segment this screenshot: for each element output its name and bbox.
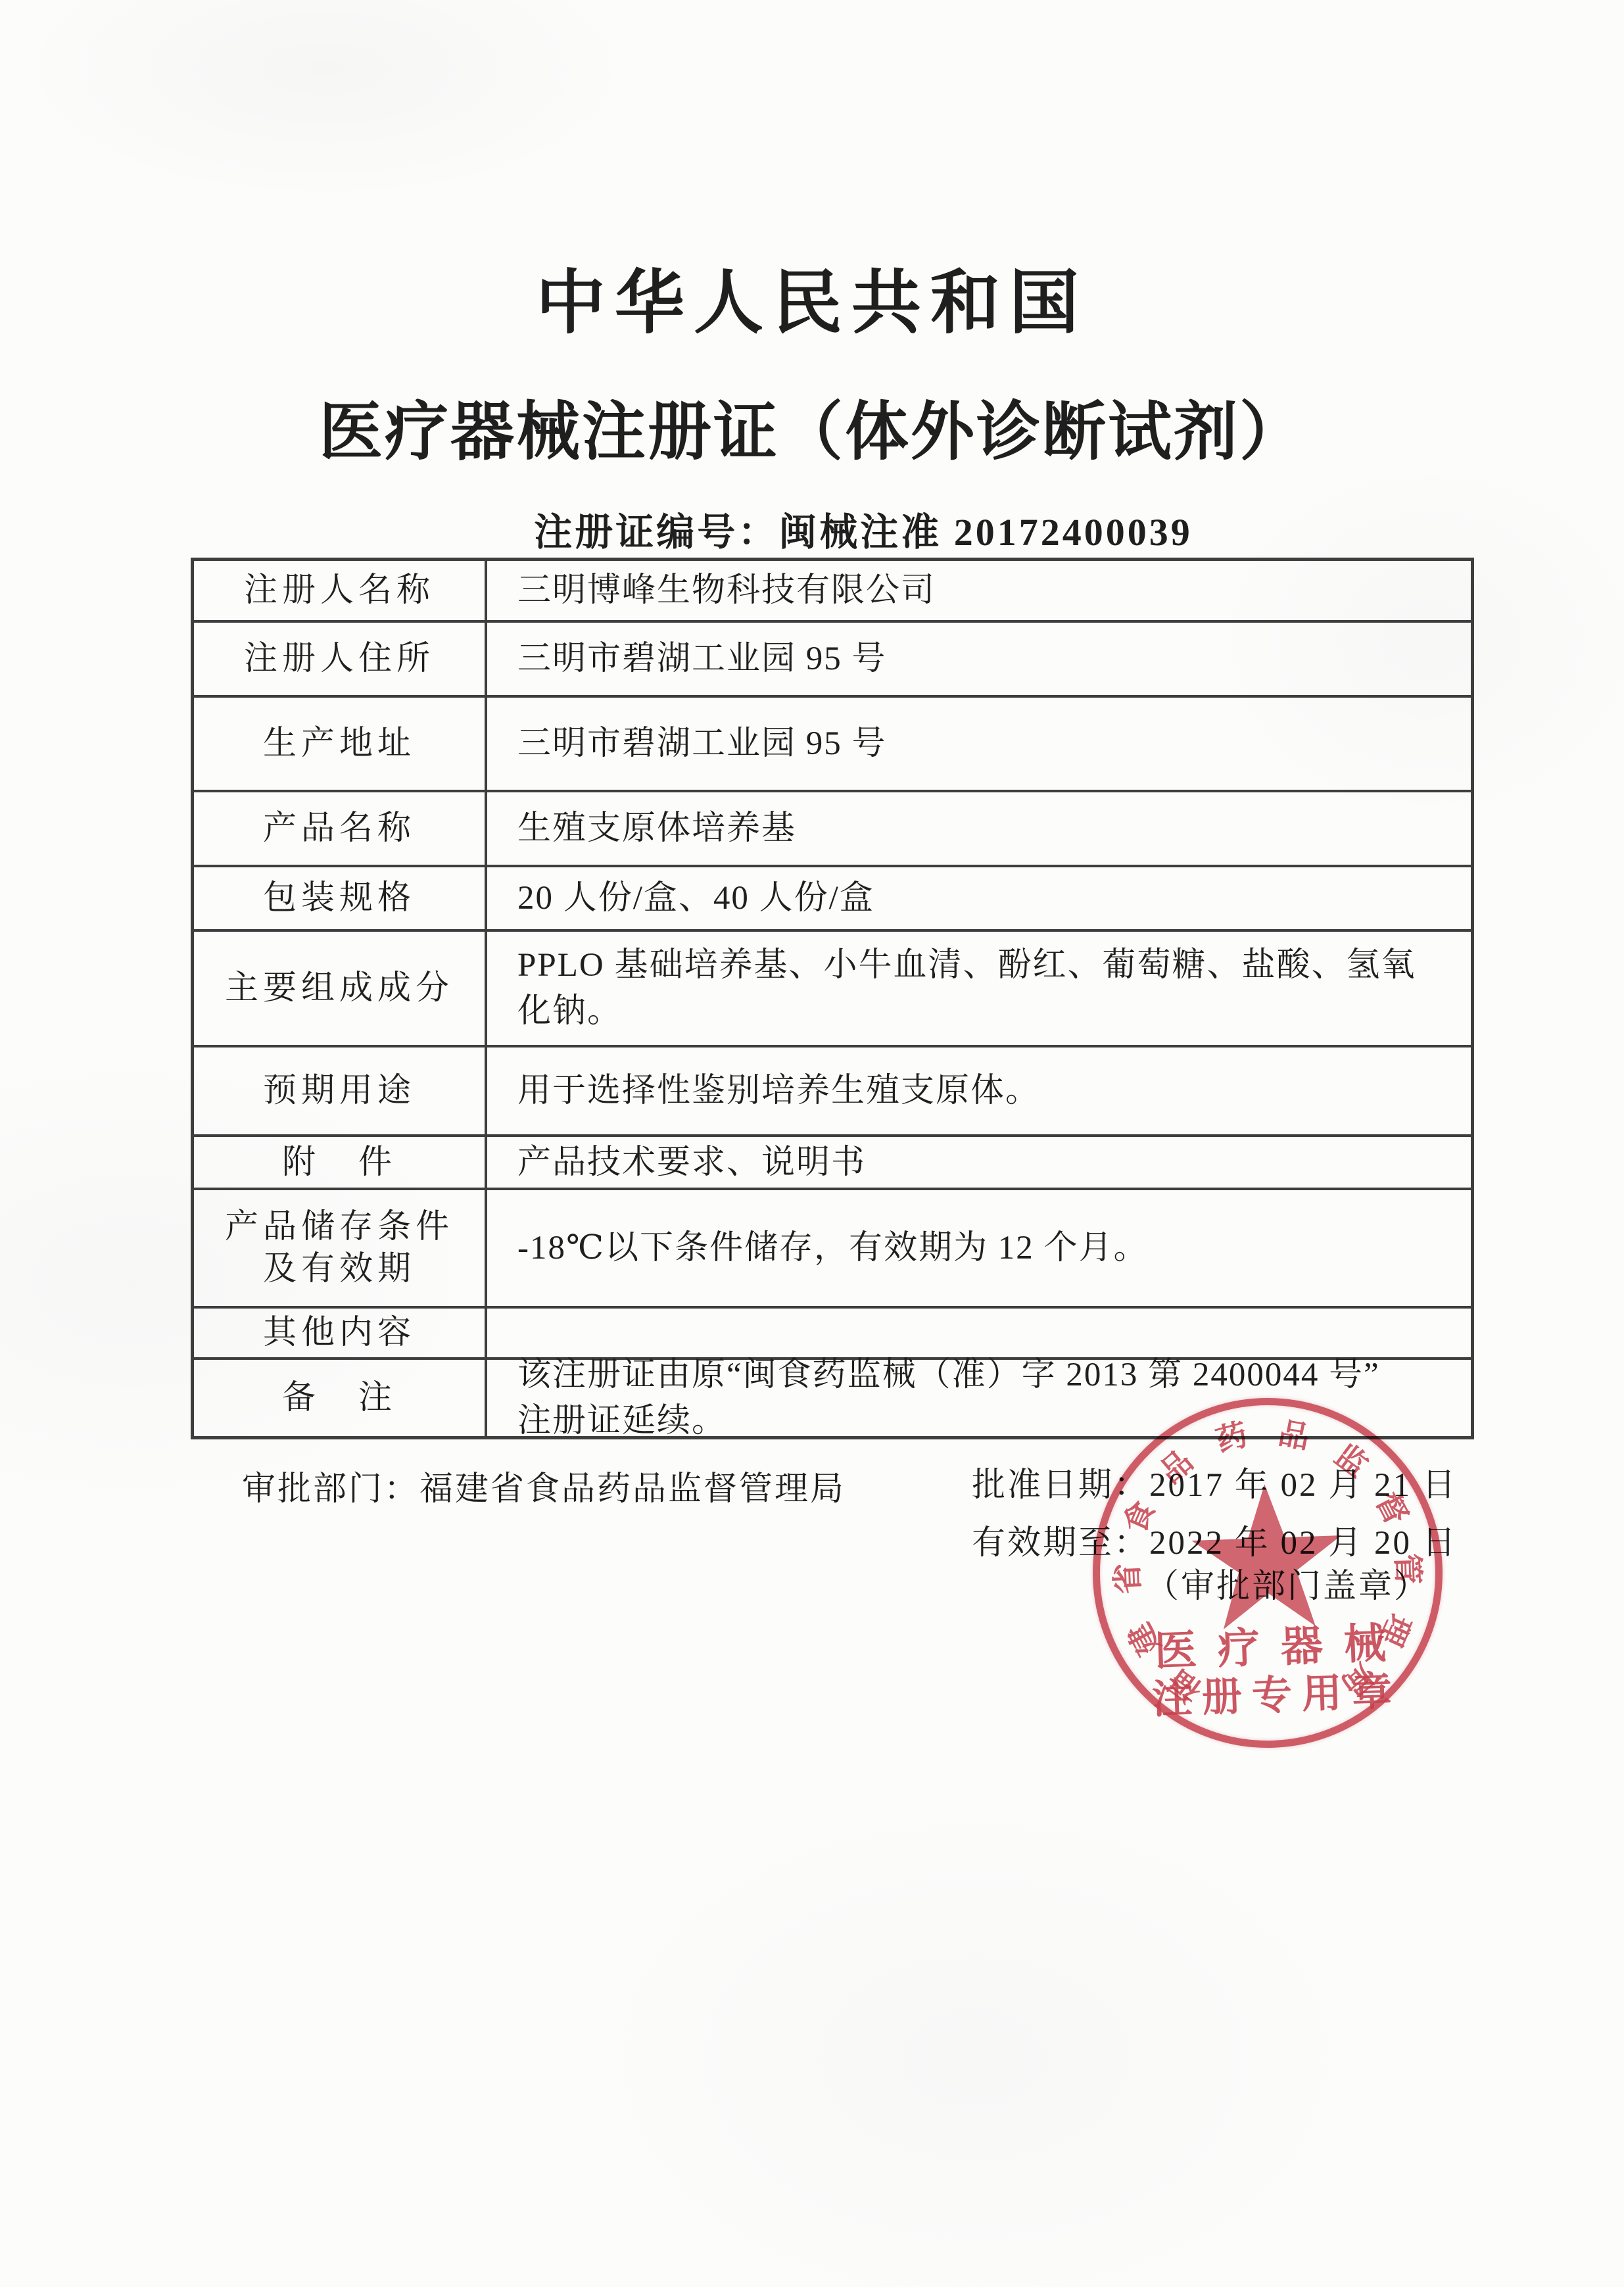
official-stamp: 福建省食品药品监督管理局 医疗器械 注册专用章 (1087, 1392, 1448, 1754)
row-label: 预期用途 (194, 1047, 487, 1134)
table-row: 注册人住所 三明市碧湖工业园 95 号 (194, 620, 1471, 695)
table-row: 包装规格 20 人份/盒、40 人份/盒 (194, 865, 1471, 929)
row-label: 附 件 (194, 1137, 487, 1188)
row-value: 生殖支原体培养基 (487, 792, 1471, 865)
stamp-line2: 注册专用章 (1096, 1658, 1448, 1727)
title-block: 中华人民共和国 医疗器械注册证（体外诊断试剂） (0, 258, 1624, 477)
approval-department: 审批部门：福建省食品药品监督管理局 (242, 1461, 846, 1510)
table-row: 预期用途 用于选择性鉴别培养生殖支原体。 (194, 1045, 1471, 1134)
row-label: 主要组成成分 (194, 932, 487, 1045)
row-value: 用于选择性鉴别培养生殖支原体。 (487, 1047, 1471, 1134)
row-value: 三明市碧湖工业园 95 号 (487, 698, 1471, 790)
row-label: 包装规格 (194, 867, 487, 929)
row-value: 三明市碧湖工业园 95 号 (487, 623, 1471, 695)
row-value: 20 人份/盒、40 人份/盒 (487, 867, 1471, 929)
table-row: 注册人名称 三明博峰生物科技有限公司 (194, 561, 1471, 620)
row-value: PPLO 基础培养基、小牛血清、酚红、葡萄糖、盐酸、氢氧 化钠。 (487, 932, 1471, 1045)
table-row: 主要组成成分 PPLO 基础培养基、小牛血清、酚红、葡萄糖、盐酸、氢氧 化钠。 (194, 929, 1471, 1045)
table-row: 产品储存条件 及有效期 -18℃以下条件储存，有效期为 12 个月。 (194, 1188, 1471, 1306)
row-value: 三明博峰生物科技有限公司 (487, 561, 1471, 620)
table-row: 附 件 产品技术要求、说明书 (194, 1134, 1471, 1188)
row-label: 备 注 (194, 1360, 487, 1436)
page-title-line1: 中华人民共和国 (0, 258, 1624, 350)
table-row: 生产地址 三明市碧湖工业园 95 号 (194, 695, 1471, 790)
row-label: 产品储存条件 及有效期 (194, 1190, 487, 1306)
row-label: 其他内容 (194, 1309, 487, 1357)
certificate-page: 中华人民共和国 医疗器械注册证（体外诊断试剂） 注册证编号：闽械注准 20172… (0, 0, 1624, 2287)
row-value: -18℃以下条件储存，有效期为 12 个月。 (487, 1190, 1471, 1306)
row-label: 注册人住所 (194, 623, 487, 695)
row-label: 注册人名称 (194, 561, 487, 620)
row-value (487, 1309, 1471, 1357)
table-row: 其他内容 (194, 1306, 1471, 1357)
registration-number: 注册证编号：闽械注准 20172400039 (51, 501, 1624, 556)
certificate-info-table: 注册人名称 三明博峰生物科技有限公司 注册人住所 三明市碧湖工业园 95 号 生… (191, 558, 1474, 1439)
row-label: 生产地址 (194, 698, 487, 790)
row-label: 产品名称 (194, 792, 487, 865)
table-row: 产品名称 生殖支原体培养基 (194, 790, 1471, 865)
row-value: 产品技术要求、说明书 (487, 1137, 1471, 1188)
page-title-line2: 医疗器械注册证（体外诊断试剂） (0, 388, 1624, 477)
